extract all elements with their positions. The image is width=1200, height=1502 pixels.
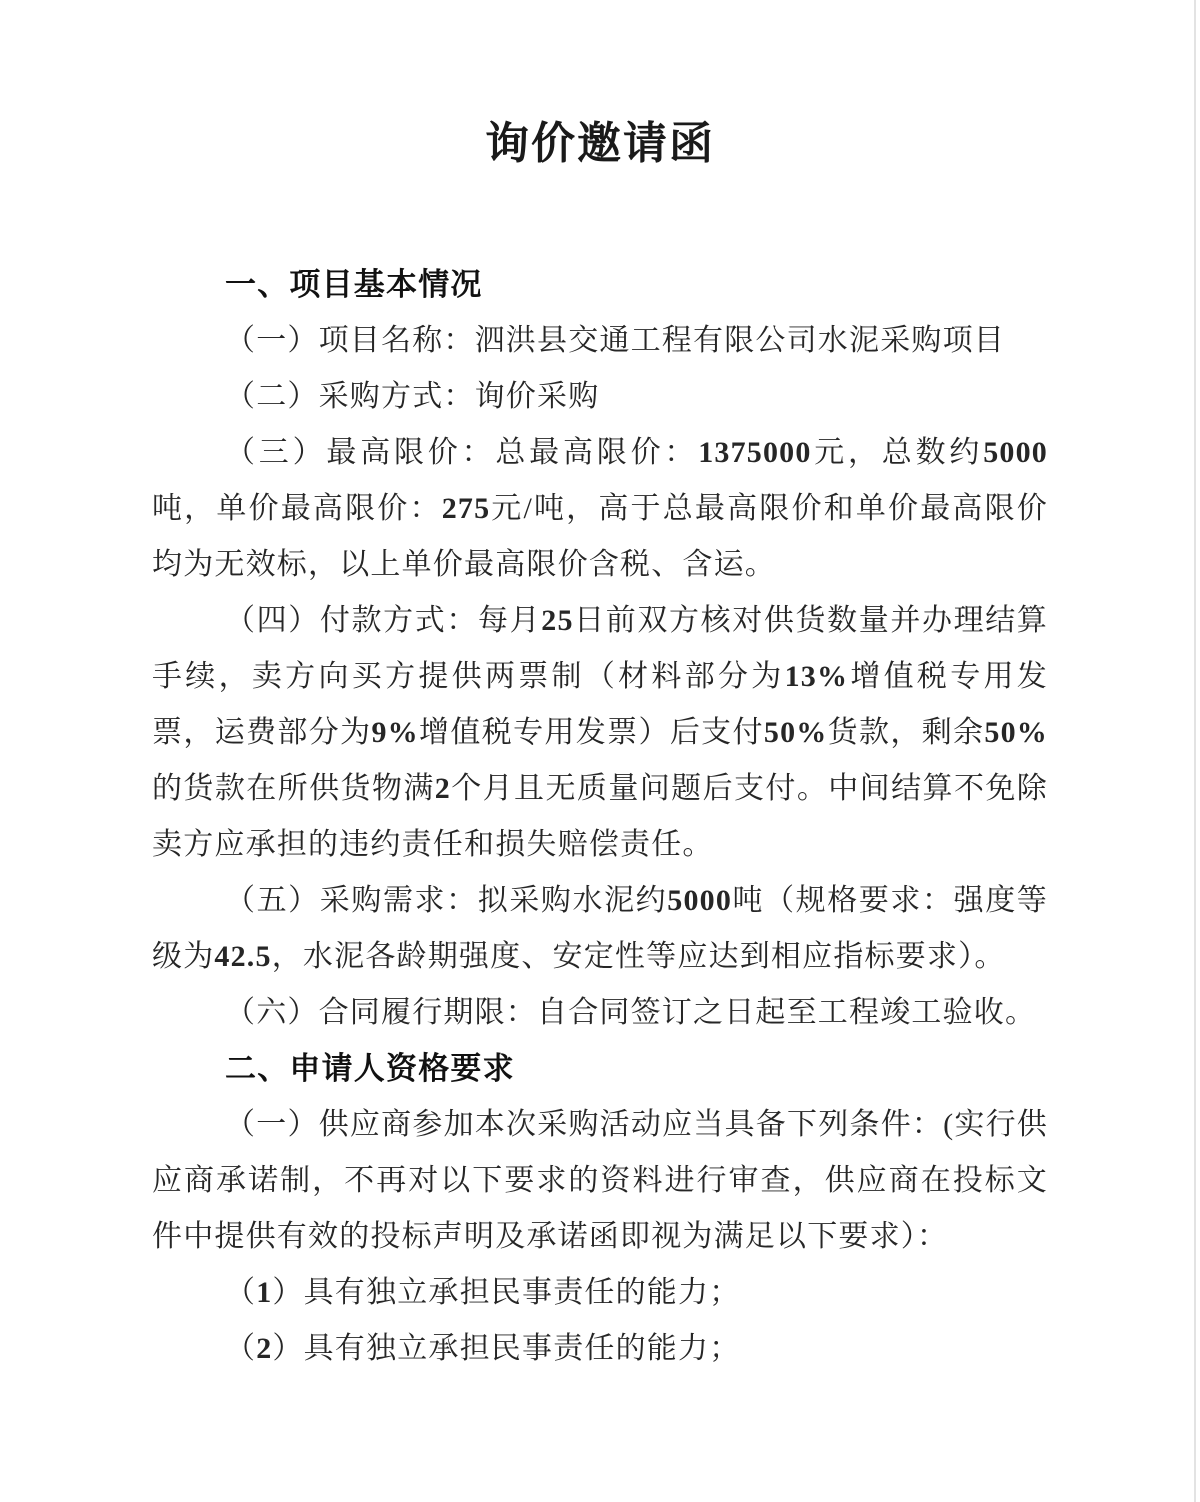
bold-number: 9% <box>371 716 418 749</box>
document-body: 一、项目基本情况（一）项目名称：泗洪县交通工程有限公司水泥采购项目（二）采购方式… <box>152 257 1048 1377</box>
text-run: ）具有独立承担民事责任的能力； <box>272 1276 740 1309</box>
bold-number: 275 <box>442 492 491 525</box>
page-edge-divider <box>1194 0 1196 1502</box>
bold-number: 42.5 <box>214 940 271 973</box>
bold-number: 5000 <box>667 884 732 917</box>
text-run: 的货款在所供货物满 <box>152 772 435 805</box>
text-run: 吨，单价最高限价： <box>152 492 442 525</box>
paragraph: （三）最高限价：总最高限价：1375000元，总数约5000吨，单价最高限价：2… <box>152 425 1048 593</box>
bold-number: 50% <box>764 716 828 749</box>
section-heading: 二、申请人资格要求 <box>152 1041 1048 1097</box>
bold-number: 1 <box>256 1276 272 1309</box>
bold-number: 2 <box>256 1332 272 1365</box>
text-run: 一、项目基本情况 <box>225 267 483 302</box>
section-heading: 一、项目基本情况 <box>152 257 1048 313</box>
paragraph: （四）付款方式：每月25日前双方核对供货数量并办理结算手续，卖方向买方提供两票制… <box>152 593 1048 873</box>
text-run: （一）项目名称：泗洪县交通工程有限公司水泥采购项目 <box>225 324 1005 357</box>
text-run: （三）最高限价：总最高限价： <box>225 436 698 469</box>
text-run: ，水泥各龄期强度、安定性等应达到相应指标要求）。 <box>272 940 1006 973</box>
text-run: 货款，剩余 <box>828 716 985 749</box>
text-run: （一）供应商参加本次采购活动应当具备下列条件：(实行供应商承诺制，不再对以下要求… <box>152 1108 1048 1253</box>
document-page: 询价邀请函 一、项目基本情况（一）项目名称：泗洪县交通工程有限公司水泥采购项目（… <box>0 0 1200 1502</box>
text-run: （ <box>225 1332 256 1365</box>
text-run: （二）采购方式：询价采购 <box>225 380 599 413</box>
text-run: ）具有独立承担民事责任的能力； <box>272 1332 740 1365</box>
paragraph: （一）项目名称：泗洪县交通工程有限公司水泥采购项目 <box>152 313 1048 369</box>
bold-number: 13% <box>785 660 849 693</box>
paragraph: （一）供应商参加本次采购活动应当具备下列条件：(实行供应商承诺制，不再对以下要求… <box>152 1097 1048 1265</box>
document-title: 询价邀请函 <box>152 112 1048 176</box>
bold-number: 5000 <box>983 436 1048 469</box>
bold-number: 1375000 <box>698 436 811 469</box>
paragraph: （五）采购需求：拟采购水泥约5000吨（规格要求：强度等级为42.5，水泥各龄期… <box>152 873 1048 985</box>
text-run: （六）合同履行期限：自合同签订之日起至工程竣工验收。 <box>225 996 1036 1029</box>
paragraph: （2）具有独立承担民事责任的能力； <box>152 1321 1048 1377</box>
text-run: 二、申请人资格要求 <box>225 1051 515 1086</box>
bold-number: 50% <box>984 716 1048 749</box>
text-run: （ <box>225 1276 256 1309</box>
text-run: （五）采购需求：拟采购水泥约 <box>225 884 667 917</box>
document-content: 询价邀请函 一、项目基本情况（一）项目名称：泗洪县交通工程有限公司水泥采购项目（… <box>0 112 1200 1377</box>
paragraph: （二）采购方式：询价采购 <box>152 369 1048 425</box>
paragraph: （1）具有独立承担民事责任的能力； <box>152 1265 1048 1321</box>
paragraph: （六）合同履行期限：自合同签订之日起至工程竣工验收。 <box>152 985 1048 1041</box>
text-run: （四）付款方式：每月 <box>225 604 541 637</box>
bold-number: 25 <box>541 604 573 637</box>
text-run: 元，总数约 <box>812 436 984 469</box>
text-run: 增值税专用发票）后支付 <box>419 716 764 749</box>
bold-number: 2 <box>435 772 451 805</box>
